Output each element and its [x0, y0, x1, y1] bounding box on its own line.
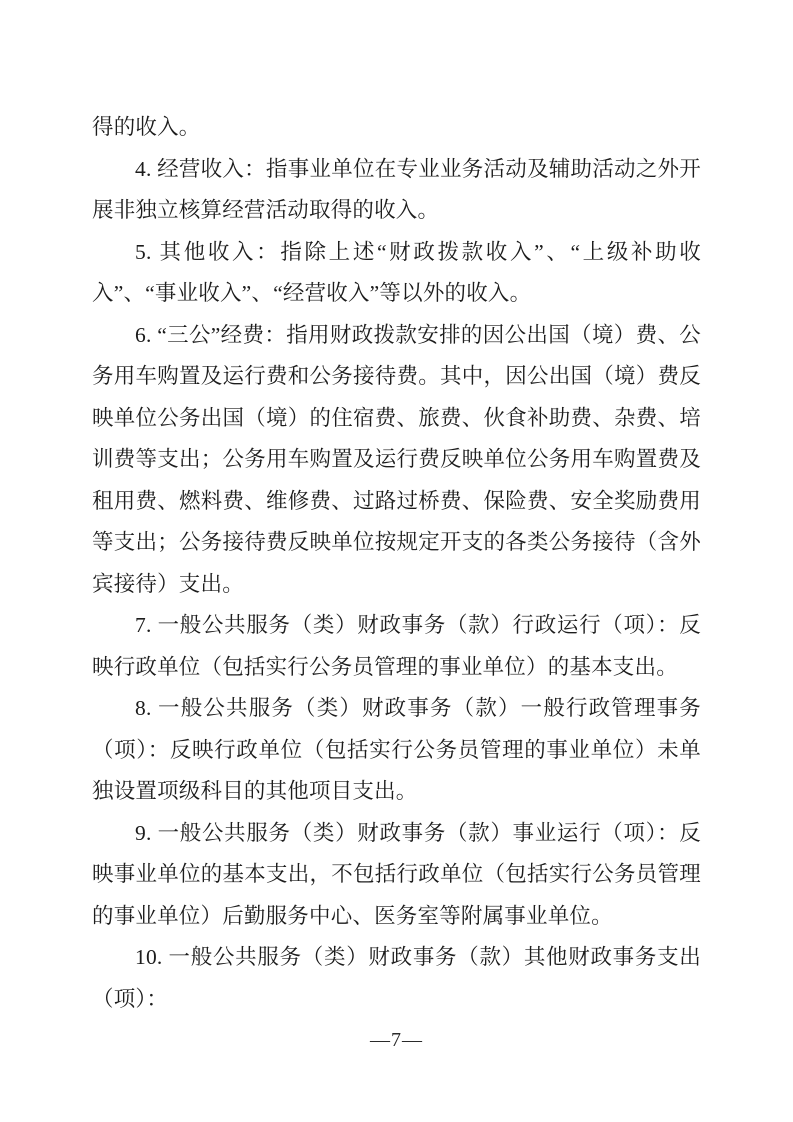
paragraph-item-7: 7. 一般公共服务（类）财政事务（款）行政运行（项）：反映行政单位（包括实行公务…	[92, 605, 701, 688]
paragraph-item-5: 5. 其他收入：指除上述“财政拨款收入”、“上级补助收入”、“事业收入”、“经营…	[92, 232, 701, 315]
paragraph-item-10: 10. 一般公共服务（类）财政事务（款）其他财政事务支出（项）：	[92, 937, 701, 1020]
document-content: 得的收入。 4. 经营收入：指事业单位在专业业务活动及辅助活动之外开展非独立核算…	[92, 107, 701, 1020]
paragraph-item-9: 9. 一般公共服务（类）财政事务（款）事业运行（项）：反映事业单位的基本支出，不…	[92, 813, 701, 938]
paragraph-item-4: 4. 经营收入：指事业单位在专业业务活动及辅助活动之外开展非独立核算经营活动取得…	[92, 149, 701, 232]
paragraph-item-8: 8. 一般公共服务（类）财政事务（款）一般行政管理事务（项）：反映行政单位（包括…	[92, 688, 701, 813]
paragraph-item-6: 6. “三公”经费：指用财政拨款安排的因公出国（境）费、公务用车购置及运行费和公…	[92, 315, 701, 606]
paragraph-continuation: 得的收入。	[92, 107, 701, 149]
page-number: —7—	[0, 1026, 793, 1054]
document-page: 得的收入。 4. 经营收入：指事业单位在专业业务活动及辅助活动之外开展非独立核算…	[0, 0, 793, 1122]
